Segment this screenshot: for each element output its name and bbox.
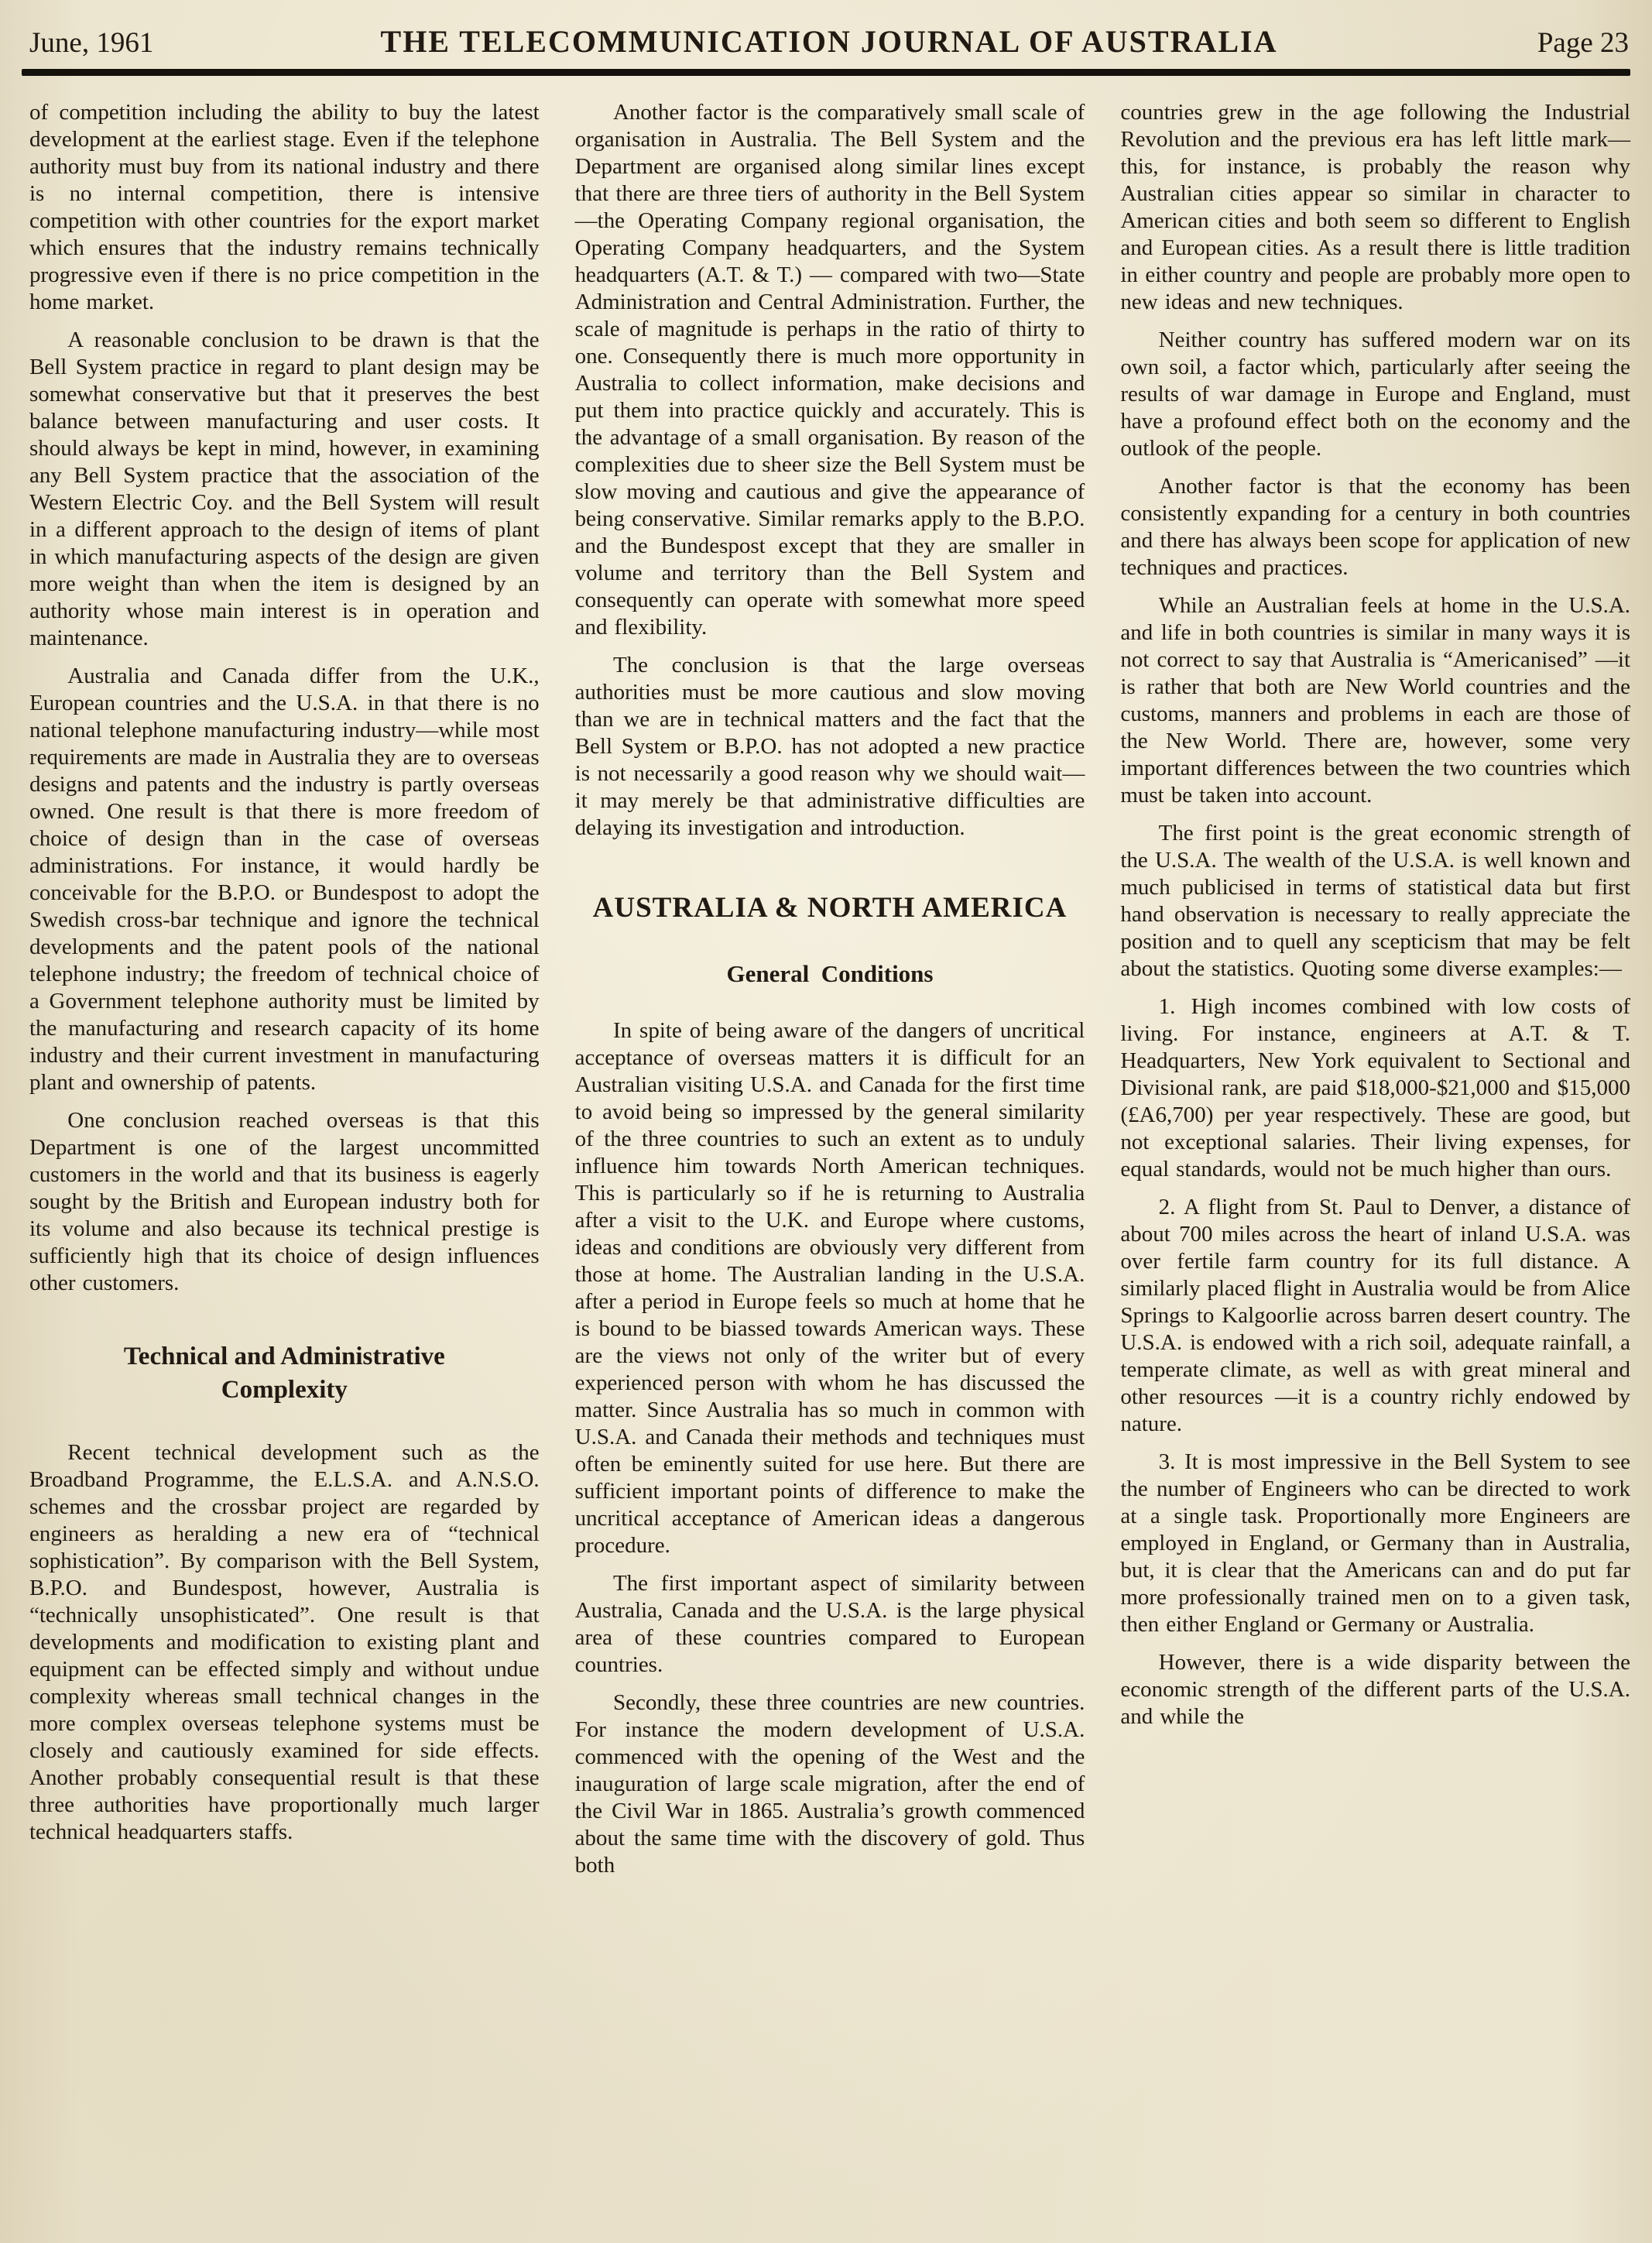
journal-page: June, 1961 THE TELECOMMUNICATION JOURNAL… xyxy=(0,0,1652,1890)
paragraph: In spite of being aware of the dangers o… xyxy=(575,1017,1085,1559)
paragraph: Another factor is that the economy has b… xyxy=(1120,473,1630,581)
paragraph: While an Australian feels at home in the… xyxy=(1120,592,1630,809)
text-column-3: countries grew in the age following the … xyxy=(1120,99,1630,1890)
paragraph: Australia and Canada differ from the U.K… xyxy=(29,663,540,1096)
text-column-2: Another factor is the comparatively smal… xyxy=(575,99,1085,1890)
paragraph: Neither country has suffered modern war … xyxy=(1120,327,1630,462)
paragraph: The first point is the great economic st… xyxy=(1120,820,1630,983)
journal-title: THE TELECOMMUNICATION JOURNAL OF AUSTRAL… xyxy=(285,23,1373,60)
paragraph: of competition including the ability to … xyxy=(29,99,540,316)
paragraph: A reasonable conclusion to be drawn is t… xyxy=(29,327,540,652)
section-heading: General Conditions xyxy=(575,960,1085,988)
paragraph: 3. It is most impressive in the Bell Sys… xyxy=(1120,1449,1630,1638)
paragraph: However, there is a wide disparity betwe… xyxy=(1120,1649,1630,1730)
page-number: Page 23 xyxy=(1373,26,1629,60)
paragraph: One conclusion reached overseas is that … xyxy=(29,1107,540,1297)
text-column-1: of competition including the ability to … xyxy=(29,99,540,1890)
paragraph: Another factor is the comparatively smal… xyxy=(575,99,1085,641)
paragraph: Recent technical development such as the… xyxy=(29,1439,540,1846)
issue-date: June, 1961 xyxy=(29,26,285,60)
paragraph: Secondly, these three countries are new … xyxy=(575,1689,1085,1879)
paragraph: The conclusion is that the large oversea… xyxy=(575,652,1085,842)
paragraph: 1. High incomes combined with low costs … xyxy=(1120,993,1630,1183)
section-heading: Technical and Administrative Complexity xyxy=(84,1340,485,1407)
paragraph: 2. A flight from St. Paul to Denver, a d… xyxy=(1120,1194,1630,1438)
article-body: of competition including the ability to … xyxy=(0,76,1652,1890)
header-rule-divider xyxy=(22,69,1630,76)
section-heading: AUSTRALIA & NORTH AMERICA xyxy=(575,891,1085,924)
paragraph: countries grew in the age following the … xyxy=(1120,99,1630,316)
page-header: June, 1961 THE TELECOMMUNICATION JOURNAL… xyxy=(0,0,1652,60)
paragraph: The first important aspect of similarity… xyxy=(575,1570,1085,1679)
